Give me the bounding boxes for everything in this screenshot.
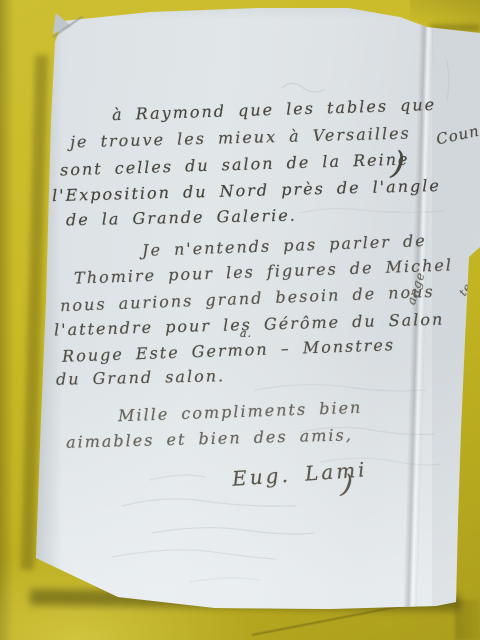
inserted-letter-above-line: a. [240, 327, 252, 340]
folder-shading-left [0, 0, 14, 640]
handwritten-line: du Grand salon. [56, 366, 225, 389]
letter-paper: à Raymond que les tables que je trouve l… [0, 0, 480, 640]
photo-of-letter: { "photo": { "background_color": "#c9ba2… [0, 0, 480, 640]
